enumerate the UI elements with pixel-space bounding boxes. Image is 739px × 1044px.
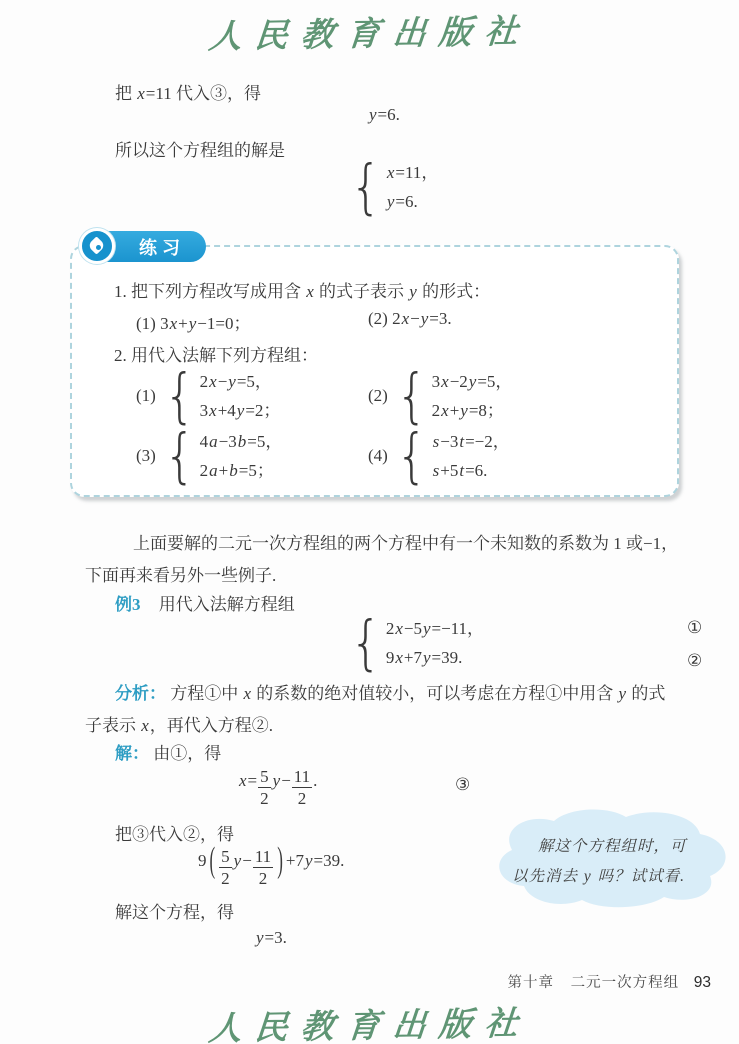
example-system: { 2x−5y=−11， 9x+7y=39. (350, 614, 484, 672)
practice-q2-number: 2. (114, 346, 127, 365)
item-equation: 3x+y−1=0； (160, 314, 250, 333)
system-number: (3) (136, 446, 156, 466)
intro-line-1: 把 x=11 代入③，得 (115, 79, 261, 104)
equation-tag-1: ① (687, 618, 702, 638)
page-number: 93 (694, 974, 711, 991)
item-equation: 2x−y=3. (392, 309, 452, 328)
practice-system-4: (4) { s−3t=−2， s+5t=6. (368, 427, 510, 485)
item-number: (2) (368, 309, 388, 328)
solve-line: 解： 由①，得 (115, 739, 221, 764)
footer: 第十章 二元一次方程组 93 (508, 971, 712, 992)
system-brace: { (350, 609, 382, 677)
system-brace: { (396, 362, 428, 430)
publisher-watermark-bottom: 人民教育出版社 (206, 997, 532, 1044)
hint-cloud: 解这个方程组时，可 以先消去 y 吗？试试看. (486, 808, 738, 912)
textbook-page: 人民教育出版社 把 x=11 代入③，得 y=6. 所以这个方程组的解是 { x… (0, 0, 739, 1044)
practice-system-2: (2) { 3x−2y=5， 2x+y=8； (368, 367, 512, 425)
system-line-2: y=6. (386, 191, 439, 212)
denominator: 2 (253, 868, 273, 887)
eq4-post: +7y=39. (286, 851, 344, 870)
equation-3: x=52y−112. (238, 768, 317, 807)
denominator: 2 (258, 788, 271, 807)
cloud-text-line-1: 解这个方程组时，可 (538, 834, 687, 856)
system-line-1: 3x−2y=5， (432, 371, 513, 392)
paragraph-line-2: 下面再来看另外一些例子. (85, 561, 276, 586)
practice-q2: 2. 用代入法解下列方程组： (114, 341, 318, 366)
analysis-label: 分析： (115, 684, 166, 703)
numerator: 5 (258, 768, 271, 788)
intro-line-2: 所以这个方程组的解是 (115, 136, 285, 161)
system-brace: { (350, 153, 382, 221)
cloud-text-line-2: 以先消去 y 吗？试试看. (512, 864, 685, 886)
eq3-mid: y− (272, 771, 291, 790)
system-number: (1) (136, 386, 156, 406)
practice-q1-item-2: (2) 2x−y=3. (368, 309, 452, 329)
analysis-line-1: 分析： 方程①中 x 的系数的绝对值较小，可以考虑在方程①中用含 y 的式 (115, 679, 665, 704)
practice-box: 练习 1. 把下列方程改写成用含 x 的式子表示 y 的形式： (1) 3x+y… (70, 245, 679, 497)
close-paren: ) (277, 840, 283, 882)
solve-label: 解： (115, 744, 149, 763)
practice-badge: 练习 (96, 231, 206, 262)
system-line-1: 4a−3b=5， (200, 431, 283, 452)
system-line-1: s−3t=−2， (432, 431, 510, 452)
fraction: 112 (292, 768, 312, 807)
item-number: (1) (136, 314, 156, 333)
practice-q1-text: 把下列方程改写成用含 x 的式子表示 y 的形式： (131, 282, 490, 301)
practice-badge-icon (79, 228, 115, 264)
system-line-1: x=11， (386, 162, 439, 183)
solution-system: { x=11， y=6. (350, 158, 438, 216)
practice-q2-text: 用代入法解下列方程组： (131, 346, 318, 365)
cloud-shape (486, 808, 738, 912)
equation-4: 9(52y−112)+7y=39. (198, 848, 344, 887)
eq4-mid: y− (233, 851, 252, 870)
publisher-watermark-top: 人民教育出版社 (206, 5, 532, 58)
system-line-2: 9x+7y=39. (386, 647, 484, 668)
eq4-pre: 9 (198, 851, 207, 870)
practice-q1: 1. 把下列方程改写成用含 x 的式子表示 y 的形式： (114, 277, 490, 302)
analysis-line-2: 子表示 x，再代入方程②. (85, 711, 273, 736)
system-brace: { (164, 422, 196, 490)
step-solve: 解这个方程，得 (115, 898, 234, 923)
example-title: 用代入法解方程组 (159, 595, 295, 614)
intro-eq-y6: y=6. (368, 105, 400, 125)
fraction: 52 (258, 768, 271, 807)
system-line-2: 2x+y=8； (432, 400, 513, 421)
footer-chapter-title: 二元一次方程组 (571, 975, 680, 991)
analysis-text: 方程①中 x 的系数的绝对值较小，可以考虑在方程①中用含 y 的式 (170, 684, 665, 703)
denominator: 2 (292, 788, 312, 807)
system-line-1: 2x−5y=−11， (386, 618, 484, 639)
equation-y3: y=3. (255, 928, 287, 948)
numerator: 11 (253, 848, 273, 868)
system-brace: { (164, 362, 196, 430)
system-number: (2) (368, 386, 388, 406)
practice-system-1: (1) { 2x−y=5， 3x+4y=2； (136, 367, 280, 425)
numerator: 5 (219, 848, 232, 868)
denominator: 2 (219, 868, 232, 887)
equation-tag-2: ② (687, 651, 702, 671)
eq3-post: . (313, 771, 317, 790)
example-3-heading: 例3 用代入法解方程组 (115, 590, 295, 615)
system-line-2: s+5t=6. (432, 460, 510, 481)
system-number: (4) (368, 446, 388, 466)
example-label: 例3 (115, 595, 141, 614)
system-line-2: 3x+4y=2； (200, 400, 281, 421)
solve-intro: 由①，得 (153, 744, 221, 763)
practice-q1-item-1: (1) 3x+y−1=0； (136, 309, 250, 334)
system-line-1: 2x−y=5， (200, 371, 281, 392)
fraction: 112 (253, 848, 273, 887)
fraction: 52 (219, 848, 232, 887)
practice-system-3: (3) { 4a−3b=5， 2a+b=5； (136, 427, 282, 485)
practice-q1-number: 1. (114, 282, 127, 301)
equation-tag-3: ③ (455, 775, 470, 795)
open-paren: ( (210, 840, 216, 882)
numerator: 11 (292, 768, 312, 788)
step-substitute: 把③代入②，得 (115, 820, 234, 845)
practice-badge-label: 练习 (139, 234, 185, 260)
paragraph-line-1: 上面要解的二元一次方程组的两个方程中有一个未知数的系数为 1 或−1， (133, 529, 678, 554)
footer-chapter: 第十章 (508, 975, 555, 991)
eq3-pre: x= (238, 771, 257, 790)
system-brace: { (396, 422, 428, 490)
system-line-2: 2a+b=5； (200, 460, 283, 481)
